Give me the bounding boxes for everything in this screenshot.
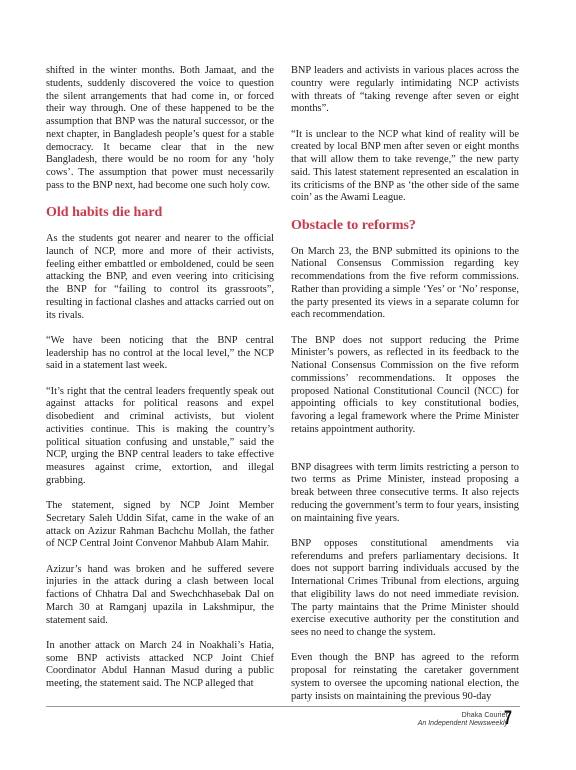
magazine-page: shifted in the winter months. Both Jamaa… (0, 0, 576, 770)
footer-divider-left (46, 706, 290, 707)
publication-name: Dhaka Courier (418, 712, 508, 720)
section-heading-obstacle-to-reforms: Obstacle to reforms? (291, 218, 519, 234)
body-paragraph: The BNP does not support reducing the Pr… (291, 335, 519, 437)
body-paragraph: “It’s right that the central leaders fre… (46, 386, 274, 488)
body-paragraph: “It is unclear to the NCP what kind of r… (291, 129, 519, 206)
body-paragraph: The statement, signed by NCP Joint Membe… (46, 500, 274, 551)
body-paragraph: BNP leaders and activists in various pla… (291, 65, 519, 116)
body-paragraph: shifted in the winter months. Both Jamaa… (46, 65, 274, 193)
body-paragraph: On March 23, the BNP submitted its opini… (291, 246, 519, 323)
body-paragraph: Even though the BNP has agreed to the re… (291, 652, 519, 703)
page-footer: Dhaka Courier An Independent Newsweekly (418, 712, 508, 728)
body-paragraph: BNP opposes constitutional amendments vi… (291, 538, 519, 640)
footer-divider-right (290, 706, 520, 707)
section-heading-old-habits: Old habits die hard (46, 205, 274, 221)
right-column: BNP leaders and activists in various pla… (291, 65, 519, 716)
body-paragraph: In another attack on March 24 in Noakhal… (46, 640, 274, 691)
body-paragraph: Azizur’s hand was broken and he suffered… (46, 564, 274, 628)
body-paragraph: “We have been noticing that the BNP cent… (46, 335, 274, 373)
publication-tagline: An Independent Newsweekly (418, 720, 508, 728)
body-paragraph: BNP disagrees with term limits restricti… (291, 462, 519, 526)
body-paragraph: As the students got nearer and nearer to… (46, 233, 274, 322)
page-number: 7 (504, 709, 512, 729)
left-column: shifted in the winter months. Both Jamaa… (46, 65, 274, 703)
